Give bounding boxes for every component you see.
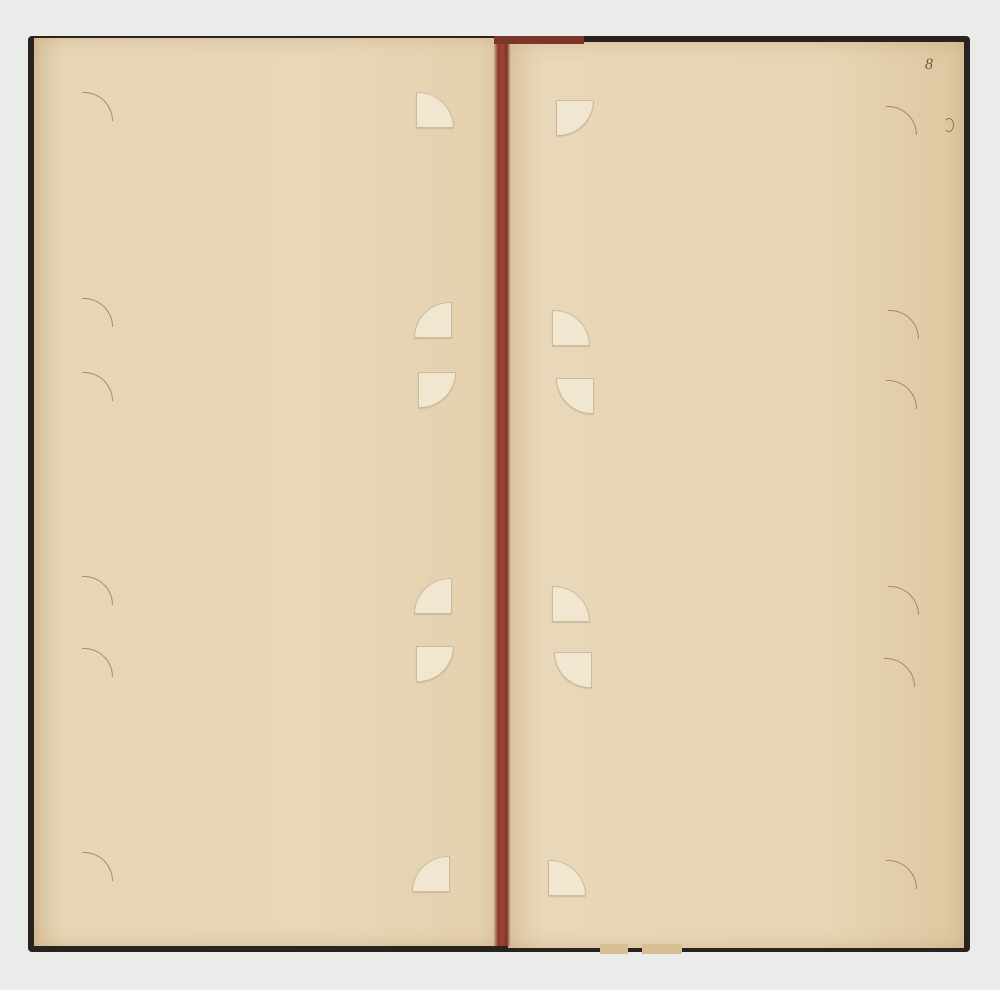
right-page [508, 42, 964, 948]
torn-tab [642, 944, 682, 954]
left-page [34, 38, 496, 946]
pencil-page-number: 8 [925, 56, 933, 74]
torn-tab [600, 944, 628, 954]
album-spine [494, 38, 510, 946]
spine-top-tear [494, 36, 584, 44]
pencil-curl-mark [944, 118, 954, 132]
